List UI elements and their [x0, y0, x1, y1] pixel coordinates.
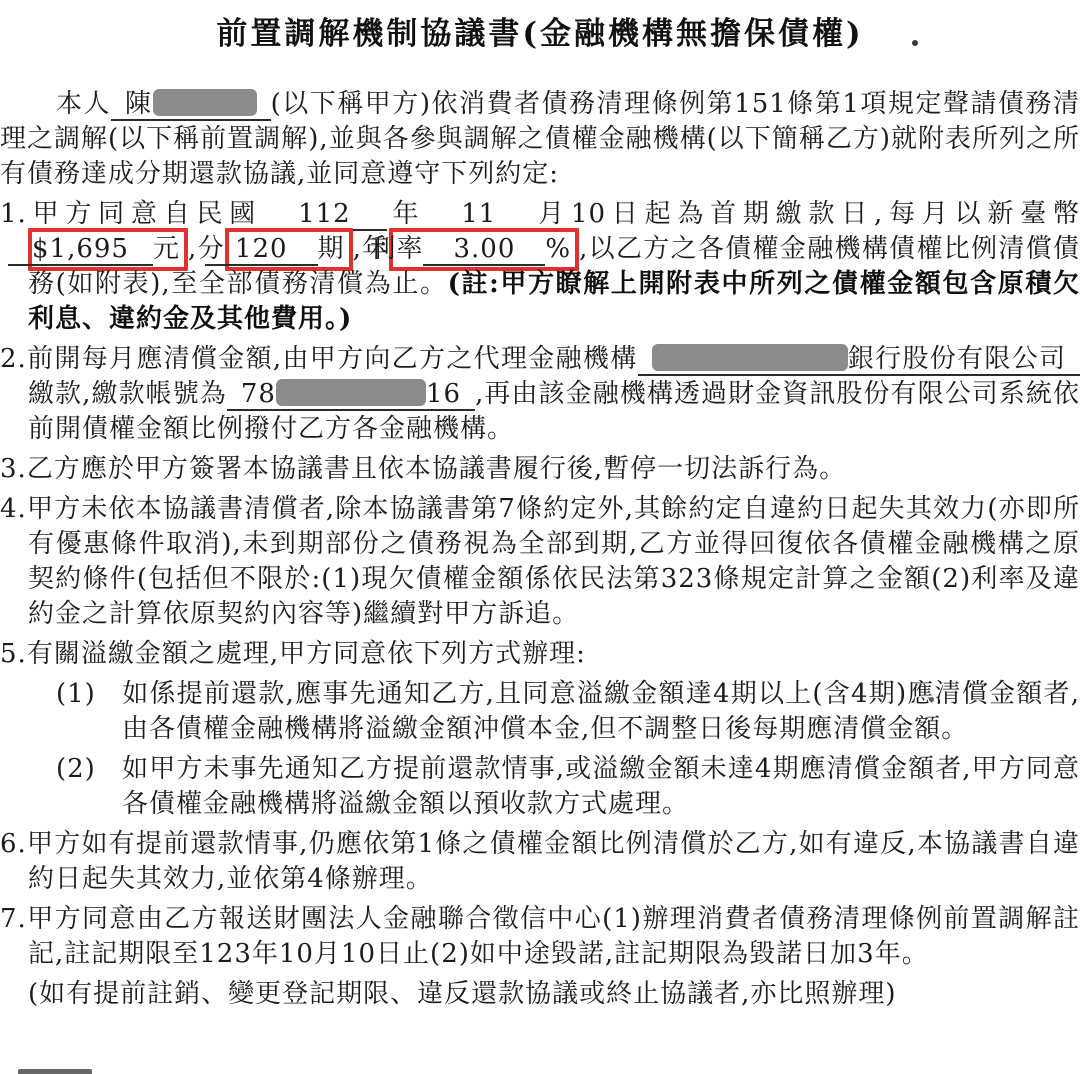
clause-1-seg3: 月10日起為首期繳款日,每月以新臺幣 — [532, 199, 1080, 229]
rate-value: 3.00 — [423, 234, 545, 266]
periods-value: 120 — [205, 234, 318, 266]
scan-artifact-bar — [18, 1069, 92, 1074]
clause-1-seg2: 年 — [387, 199, 426, 229]
document-body: 本人陳(以下稱甲方)依消費者債務清理條例第151條第1項規定聲請債務清理之調解(… — [0, 87, 1080, 1012]
clause-5-item-1-number: (1) — [56, 677, 122, 712]
clause-4-number: 4. — [0, 494, 27, 524]
clause-5-item-2-text: 如甲方未事先通知乙方提前還款情事,或溢繳金額未達4期應清償金額者,甲方同意各債權… — [122, 754, 1080, 819]
account-suffix: 16 — [426, 379, 461, 409]
document-title: 前置調解機制協議書(金融機構無擔保債權) — [0, 8, 1080, 53]
debtor-surname: 陳 — [125, 89, 153, 119]
rate-unit: % — [545, 234, 571, 264]
amount-value: $1,695 — [8, 234, 153, 266]
amount-highlight-box: $1,695元 — [28, 228, 188, 271]
clause-7-text: 甲方同意由乙方報送財團法人金融聯合徵信中心(1)辦理消費者債務清理條例前置調解註… — [27, 904, 1080, 969]
debtor-name-blank: 陳 — [111, 89, 271, 121]
intro-pre: 本人 — [56, 89, 111, 119]
clause-4: 4.甲方未依本協議書清償者,除本協議書第7條約定外,其餘約定自違約日起失其效力(… — [0, 492, 1080, 632]
clause-2-seg1: 前開每月應清償金額,由甲方向乙方之代理金融機構 — [27, 344, 638, 374]
clause-3-number: 3. — [0, 454, 27, 484]
clause-7-note: (如有提前註銷、變更登記期限、違反還款協議或終止協議者,亦比照辦理) — [28, 977, 1080, 1012]
periods-unit: 期 — [318, 234, 345, 264]
clause-1-number: 1. — [0, 199, 27, 229]
month-value: 11 — [425, 199, 532, 231]
clause-5-item-1: (1)如係提前還款,應事先通知乙方,且同意溢繳金額達4期以上(含4期)應清償金額… — [56, 677, 1080, 747]
account-number-blank: 7816 — [227, 379, 475, 411]
clause-5-text: 有關溢繳金額之處理,甲方同意依下列方式辦理: — [27, 639, 586, 669]
clause-6-number: 6. — [0, 829, 27, 859]
clause-7-number: 7. — [0, 904, 27, 934]
bank-redaction-box — [652, 344, 848, 371]
clause-5-item-1-text: 如係提前還款,應事先通知乙方,且同意溢繳金額達4期以上(含4期)應清償金額者,由… — [122, 679, 1080, 744]
clause-2-number: 2. — [0, 344, 27, 374]
clause-5-item-2: (2)如甲方未事先通知乙方提前還款情事,或溢繳金額未達4期應清償金額者,甲方同意… — [56, 752, 1080, 822]
year-value: 112 — [262, 199, 387, 231]
scan-speck2-icon — [929, 697, 934, 702]
scan-speck-icon — [912, 40, 918, 46]
clause-7: 7.甲方同意由乙方報送財團法人金融聯合徵信中心(1)辦理消費者債務清理條例前置調… — [0, 902, 1080, 972]
clause-6-text: 甲方如有提前還款情事,仍應依第1條之債權金額比例清償於乙方,如有違反,本協議書自… — [27, 829, 1080, 894]
rate-label: 利率 — [369, 234, 423, 264]
document-page: 前置調解機制協議書(金融機構無擔保債權) 本人陳(以下稱甲方)依消費者債務清理條… — [0, 8, 1080, 1074]
amount-unit: 元 — [153, 234, 180, 264]
clause-5: 5.有關溢繳金額之處理,甲方同意依下列方式辦理: — [0, 637, 1080, 672]
account-redaction-box — [276, 379, 426, 406]
clause-6: 6.甲方如有提前還款情事,仍應依第1條之債權金額比例清償於乙方,如有違反,本協議… — [0, 827, 1080, 897]
clause-5-item-2-number: (2) — [56, 752, 122, 787]
clause-3: 3.乙方應於甲方簽署本協議書且依本協議書履行後,暫停一切法訴行為。 — [0, 452, 1080, 487]
rate-highlight-box: 利率3.00% — [389, 228, 579, 271]
account-prefix: 78 — [241, 379, 276, 409]
name-redaction-box — [153, 89, 257, 116]
bank-name-suffix: 銀行股份有限公司 — [848, 344, 1066, 374]
periods-highlight-box: 120期 — [225, 228, 353, 271]
clause-1-seg1: 甲方同意自民國 — [27, 199, 262, 229]
clause-2-seg2: 繳款,繳款帳號為 — [28, 379, 227, 409]
clause-2: 2.前開每月應清償金額,由甲方向乙方之代理金融機構銀行股份有限公司繳款,繳款帳號… — [0, 342, 1080, 447]
clause-4-text: 甲方未依本協議書清償者,除本協議書第7條約定外,其餘約定自違約日起失其效力(亦即… — [27, 494, 1080, 629]
intro-paragraph: 本人陳(以下稱甲方)依消費者債務清理條例第151條第1項規定聲請債務清理之調解(… — [0, 87, 1080, 192]
clause-5-number: 5. — [0, 639, 27, 669]
clause-3-text: 乙方應於甲方簽署本協議書且依本協議書履行後,暫停一切法訴行為。 — [27, 454, 846, 484]
bank-name-blank: 銀行股份有限公司 — [638, 344, 1080, 376]
clause-1: 1.甲方同意自民國112年11月10日起為首期繳款日,每月以新臺幣$1,695元… — [0, 197, 1080, 337]
